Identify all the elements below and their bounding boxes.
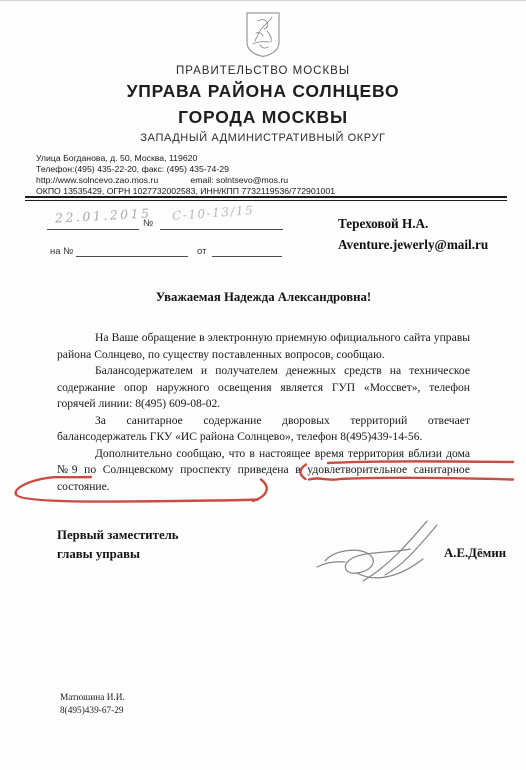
header-divider xyxy=(25,196,507,201)
body-line: Дополнительно сообщаю, что в настоящее в… xyxy=(57,446,470,463)
number-underline xyxy=(160,229,283,230)
addressee-name: Тереховой Н.А. xyxy=(338,213,488,234)
reply-to-label: на № xyxy=(50,246,73,257)
number-label: № xyxy=(143,218,153,229)
executor-phone: 8(495)439-67-29 xyxy=(60,705,125,718)
from-label: от xyxy=(197,246,206,257)
addressee-email: Aventure.jewerly@mail.ru xyxy=(338,234,488,255)
organization-name-line1: УПРАВА РАЙОНА СОЛНЦЕВО xyxy=(0,80,526,103)
body-line: горячей линии: 8(495) 609-08-02. xyxy=(57,396,470,413)
moscow-coat-of-arms-icon xyxy=(245,11,281,57)
executor-block: Матюшина И.И. 8(495)439-67-29 xyxy=(60,692,125,717)
handwritten-date: 22.01.2015 xyxy=(55,205,152,225)
phone-fax: Телефон:(495) 435-22-20, факс: (495) 435… xyxy=(36,164,335,175)
organization-name-line2: ГОРОДА МОСКВЫ xyxy=(0,106,526,129)
date-underline xyxy=(47,229,139,230)
body-paragraph-annotated: Дополнительно сообщаю, что в настоящее в… xyxy=(57,446,470,496)
executor-name: Матюшина И.И. xyxy=(60,692,125,705)
contact-block: Улица Богданова, д. 50, Москва, 119620 Т… xyxy=(36,153,335,197)
salutation: Уважаемая Надежда Александровна! xyxy=(57,290,470,305)
addressee-block: Тереховой Н.А. Aventure.jewerly@mail.ru xyxy=(338,213,488,255)
website-url: http://www.solncevo.zao.mos.ru xyxy=(36,175,188,186)
signer-name: А.Е.Дёмин xyxy=(444,546,506,561)
letterhead: ПРАВИТЕЛЬСТВО МОСКВЫ УПРАВА РАЙОНА СОЛНЦ… xyxy=(0,11,526,144)
body-line: балансодержатель ГКУ «ИС района Солнцево… xyxy=(57,429,470,446)
web-email-row: http://www.solncevo.zao.mos.ru email: so… xyxy=(36,175,335,186)
body-line: состояние. xyxy=(57,479,470,496)
street-address: Улица Богданова, д. 50, Москва, 119620 xyxy=(36,153,335,164)
handwritten-signature xyxy=(315,509,455,589)
district-line: ЗАПАДНЫЙ АДМИНИСТРАТИВНЫЙ ОКРУГ xyxy=(0,132,526,144)
government-line: ПРАВИТЕЛЬСТВО МОСКВЫ xyxy=(0,65,526,77)
body-line: За санитарное содержание дворовых террит… xyxy=(57,413,470,430)
signer-title-line2: главы управы xyxy=(57,545,179,564)
from-date-underline xyxy=(212,256,282,257)
body-line: На Ваше обращение в электронную приемную… xyxy=(57,330,470,347)
reply-number-underline xyxy=(76,256,188,257)
body-line: района Солнцево, по существу поставленны… xyxy=(57,347,470,364)
letter-body: На Ваше обращение в электронную приемную… xyxy=(57,330,470,495)
body-line: №9 по Солнцевскому проспекту приведена в… xyxy=(57,462,470,479)
scanned-letter-page: ПРАВИТЕЛЬСТВО МОСКВЫ УПРАВА РАЙОНА СОЛНЦ… xyxy=(0,0,526,770)
signer-title: Первый заместитель главы управы xyxy=(57,526,179,564)
handwritten-number: С-10-13/15 xyxy=(172,203,255,223)
body-line: Балансодержателем и получателем денежных… xyxy=(57,363,470,380)
signer-title-line1: Первый заместитель xyxy=(57,526,179,545)
body-line: содержание опор наружного освещения явля… xyxy=(57,380,470,397)
email-address: email: solntsevo@mos.ru xyxy=(190,175,288,185)
